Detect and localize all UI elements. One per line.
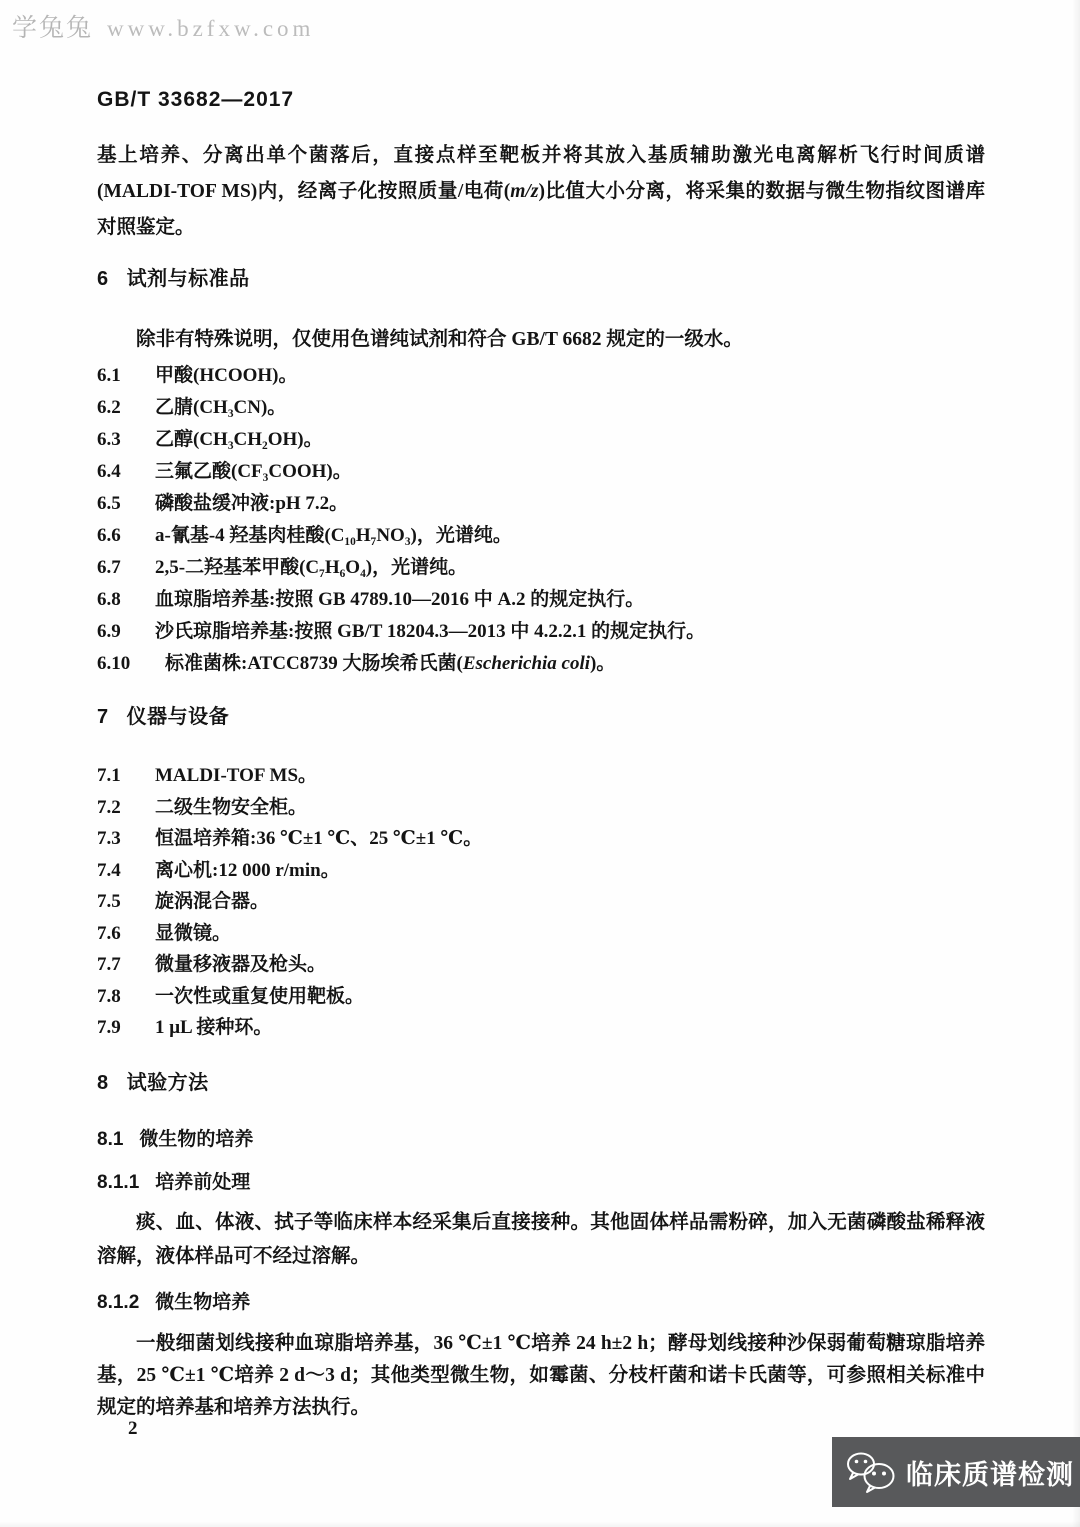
clause-number: 7.2	[97, 792, 141, 824]
section-6-heading: 6试剂与标准品	[97, 262, 985, 291]
clause-6-8: 6.8血琼脂培养基:按照 GB 4789.10—2016 中 A.2 的规定执行…	[97, 584, 985, 616]
clause-7-8: 7.8一次性或重复使用靶板。	[97, 981, 985, 1013]
subsection-8-1-2-title: 微生物培养	[155, 1292, 250, 1313]
clause-6-9: 6.9沙氏琼脂培养基:按照 GB/T 18204.3—2013 中 4.2.2.…	[97, 616, 985, 648]
badge-label: 临床质谱检测	[906, 1453, 1074, 1492]
scan-edge-shade-bottom	[0, 1521, 1080, 1527]
section-6-intro: 除非有特殊说明，仅使用色谱纯试剂和符合 GB/T 6682 规定的一级水。	[97, 322, 985, 358]
standard-code: GB/T 33682—2017	[97, 88, 294, 112]
paragraph-8-1-2: 一般细菌划线接种血琼脂培养基，36 ℃±1 ℃培养 24 h±2 h；酵母划线接…	[97, 1328, 985, 1424]
section-8-heading: 8试验方法	[97, 1066, 985, 1095]
clause-6-6: 6.6a-氰基-4 羟基肉桂酸(C₁₀H₇NO₃)，光谱纯。	[97, 520, 985, 552]
clause-number: 7.8	[97, 981, 141, 1013]
clause-6-2: 6.2乙腈(CH₃CN)。	[97, 392, 985, 424]
clause-number: 6.3	[97, 424, 141, 456]
paragraph-8-1-1: 痰、血、体液、拭子等临床样本经采集后直接接种。其他固体样品需粉碎，加入无菌磷酸盐…	[97, 1206, 985, 1274]
clause-7-4: 7.4离心机:12 000 r/min。	[97, 855, 985, 887]
clause-7-5: 7.5旋涡混合器。	[97, 886, 985, 918]
clause-text: 乙腈(CH₃CN)。	[155, 397, 286, 418]
clause-7-3: 7.3恒温培养箱:36 ℃±1 ℃、25 ℃±1 ℃。	[97, 823, 985, 855]
clause-number: 6.10	[97, 648, 151, 680]
clause-text: 一次性或重复使用靶板。	[155, 986, 364, 1007]
watermark: 学兔兔www.bzfxw.com	[12, 8, 314, 44]
clause-6-1: 6.1甲酸(HCOOH)。	[97, 360, 985, 392]
clause-number: 7.5	[97, 886, 141, 918]
clause-text: 微量移液器及枪头。	[155, 954, 326, 975]
footer-badge: 临床质谱检测	[832, 1437, 1080, 1507]
subsection-8-1-1-heading: 8.1.1培养前处理	[97, 1167, 985, 1194]
page-number: 2	[128, 1418, 138, 1440]
clause-text: 显微镜。	[155, 923, 231, 944]
clause-text: 2,5-二羟基苯甲酸(C₇H₆O₄)，光谱纯。	[155, 557, 467, 578]
clause-6-10: 6.10标准菌株:ATCC8739 大肠埃希氏菌(Escherichia col…	[97, 648, 985, 680]
section-8-title: 试验方法	[127, 1072, 209, 1094]
subsection-8-1-title: 微生物的培养	[139, 1129, 253, 1150]
clause-number: 6.9	[97, 616, 141, 648]
clause-number: 6.5	[97, 488, 141, 520]
clause-number: 7.3	[97, 823, 141, 855]
section-6-number: 6	[97, 268, 109, 290]
watermark-site-url: www.bzfxw.com	[107, 16, 314, 41]
subsection-8-1-2-heading: 8.1.2微生物培养	[97, 1287, 985, 1314]
section-7-items: 7.1MALDI-TOF MS。 7.2二级生物安全柜。 7.3恒温培养箱:36…	[97, 760, 985, 1044]
clause-text: 二级生物安全柜。	[155, 797, 307, 818]
clause-number: 7.6	[97, 918, 141, 950]
clause-text: 1 μL 接种环。	[155, 1017, 272, 1038]
clause-number: 6.2	[97, 392, 141, 424]
clause-text: 沙氏琼脂培养基:按照 GB/T 18204.3—2013 中 4.2.2.1 的…	[155, 621, 705, 642]
clause-6-3: 6.3乙醇(CH₃CH₂OH)。	[97, 424, 985, 456]
clause-6-5: 6.5磷酸盐缓冲液:pH 7.2。	[97, 488, 985, 520]
section-7-heading: 7仪器与设备	[97, 700, 985, 729]
scan-edge-shade-right	[1072, 0, 1080, 1527]
document-page: 学兔兔www.bzfxw.com GB/T 33682—2017 基上培养、分离…	[0, 0, 1080, 1527]
subsection-8-1-number: 8.1	[97, 1129, 123, 1150]
clause-7-9: 7.91 μL 接种环。	[97, 1012, 985, 1044]
clause-text: 标准菌株:ATCC8739 大肠埃希氏菌(Escherichia coli)。	[165, 653, 615, 674]
watermark-site-name: 学兔兔	[12, 15, 93, 42]
clause-number: 6.8	[97, 584, 141, 616]
section-6-title: 试剂与标准品	[127, 268, 250, 290]
subsection-8-1-1-title: 培养前处理	[155, 1172, 250, 1193]
clause-7-2: 7.2二级生物安全柜。	[97, 792, 985, 824]
clause-text: 旋涡混合器。	[155, 891, 269, 912]
clause-text: MALDI-TOF MS。	[155, 765, 317, 786]
section-7-title: 仪器与设备	[127, 706, 230, 728]
clause-number: 6.1	[97, 360, 141, 392]
wechat-icon	[844, 1449, 898, 1495]
clause-number: 6.4	[97, 456, 141, 488]
clause-text: a-氰基-4 羟基肉桂酸(C₁₀H₇NO₃)，光谱纯。	[155, 525, 512, 546]
clause-7-1: 7.1MALDI-TOF MS。	[97, 760, 985, 792]
clause-text: 恒温培养箱:36 ℃±1 ℃、25 ℃±1 ℃。	[155, 828, 482, 849]
clause-number: 7.7	[97, 949, 141, 981]
subsection-8-1-2-number: 8.1.2	[97, 1292, 139, 1313]
section-6-items: 6.1甲酸(HCOOH)。 6.2乙腈(CH₃CN)。 6.3乙醇(CH₃CH₂…	[97, 360, 985, 680]
clause-number: 7.4	[97, 855, 141, 887]
clause-text: 乙醇(CH₃CH₂OH)。	[155, 429, 323, 450]
clause-6-7: 6.72,5-二羟基苯甲酸(C₇H₆O₄)，光谱纯。	[97, 552, 985, 584]
clause-6-4: 6.4三氟乙酸(CF₃COOH)。	[97, 456, 985, 488]
section-8-number: 8	[97, 1072, 109, 1094]
clause-number: 7.1	[97, 760, 141, 792]
clause-text: 离心机:12 000 r/min。	[155, 860, 340, 881]
clause-text: 磷酸盐缓冲液:pH 7.2。	[155, 493, 348, 514]
clause-number: 6.7	[97, 552, 141, 584]
clause-number: 6.6	[97, 520, 141, 552]
clause-number: 7.9	[97, 1012, 141, 1044]
clause-7-7: 7.7微量移液器及枪头。	[97, 949, 985, 981]
clause-text: 甲酸(HCOOH)。	[155, 365, 298, 386]
subsection-8-1-1-number: 8.1.1	[97, 1172, 139, 1193]
section-7-number: 7	[97, 706, 109, 728]
clause-text: 血琼脂培养基:按照 GB 4789.10—2016 中 A.2 的规定执行。	[155, 589, 644, 610]
subsection-8-1-heading: 8.1微生物的培养	[97, 1124, 985, 1151]
lead-paragraph: 基上培养、分离出单个菌落后，直接点样至靶板并将其放入基质辅助激光电离解析飞行时间…	[97, 138, 985, 246]
clause-7-6: 7.6显微镜。	[97, 918, 985, 950]
clause-text: 三氟乙酸(CF₃COOH)。	[155, 461, 352, 482]
